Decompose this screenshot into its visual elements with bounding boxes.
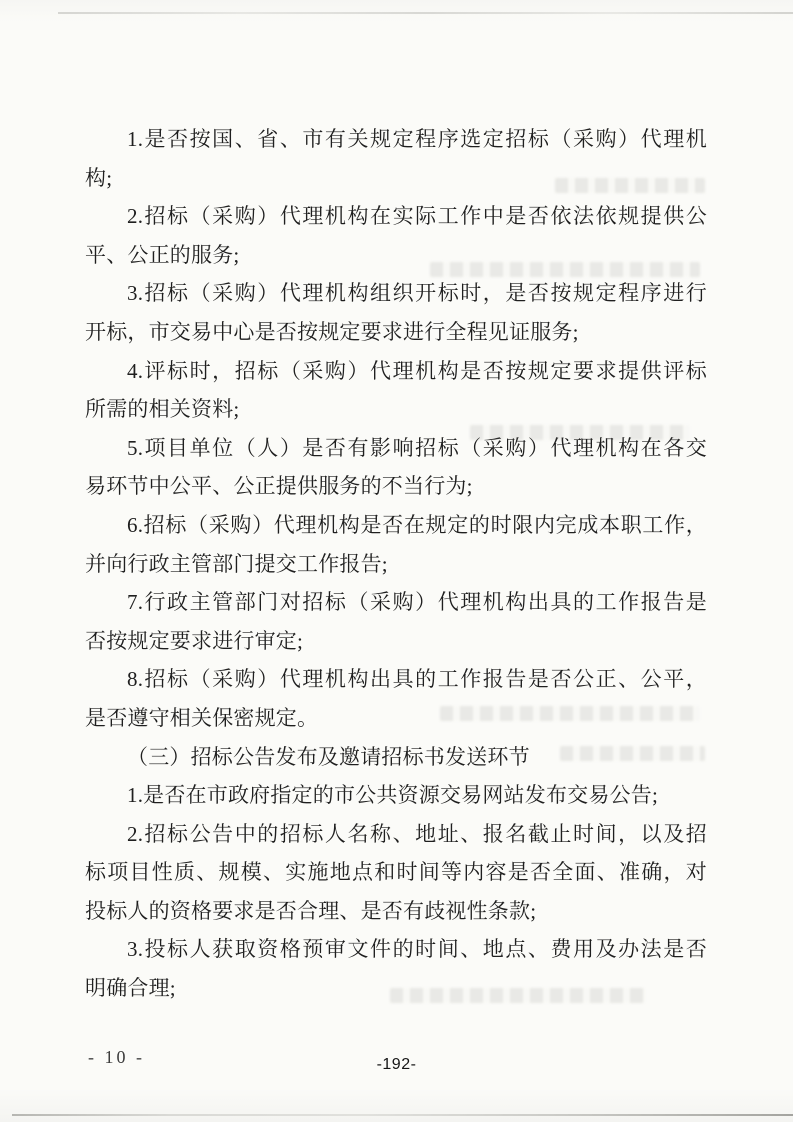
paragraph-section-3-item-1: 1.是否在市政府指定的市公共资源交易网站发布交易公告; (85, 776, 707, 815)
text-line: 2.招标（采购）代理机构在实际工作中是否依法依规提供公 (85, 197, 707, 236)
text-line: 6.招标（采购）代理机构是否在规定的时限内完成本职工作， (85, 506, 707, 545)
text-line: 3.投标人获取资格预审文件的时间、地点、费用及办法是否 (85, 930, 707, 969)
page-number-center: -192- (0, 1056, 793, 1074)
bleed-through-artifact (470, 425, 690, 440)
paragraph-section-3-item-2: 2.招标公告中的招标人名称、地址、报名截止时间，以及招标项目性质、规模、实施地点… (85, 815, 707, 931)
text-line: 8.招标（采购）代理机构出具的工作报告是否公正、公平， (85, 660, 707, 699)
text-line: 1.是否按国、省、市有关规定程序选定招标（采购）代理机 (85, 120, 707, 159)
document-body: 1.是否按国、省、市有关规定程序选定招标（采购）代理机构;2.招标（采购）代理机… (85, 120, 707, 1008)
text-line: 3.招标（采购）代理机构组织开标时，是否按规定程序进行 (85, 274, 707, 313)
text-line: 所需的相关资料; (85, 390, 707, 429)
scanner-edge-line-top (58, 12, 793, 14)
text-line: 开标，市交易中心是否按规定要求进行全程见证服务; (85, 313, 707, 352)
text-line: 1.是否在市政府指定的市公共资源交易网站发布交易公告; (85, 776, 707, 815)
paragraph-item-6: 6.招标（采购）代理机构是否在规定的时限内完成本职工作，并向行政主管部门提交工作… (85, 506, 707, 583)
text-line: 否按规定要求进行审定; (85, 622, 707, 661)
bleed-through-artifact (430, 262, 700, 277)
text-line: 投标人的资格要求是否合理、是否有歧视性条款; (85, 892, 707, 931)
text-line: 7.行政主管部门对招标（采购）代理机构出具的工作报告是 (85, 583, 707, 622)
text-line: 标项目性质、规模、实施地点和时间等内容是否全面、准确，对 (85, 853, 707, 892)
bleed-through-artifact (560, 746, 705, 761)
paragraph-item-7: 7.行政主管部门对招标（采购）代理机构出具的工作报告是否按规定要求进行审定; (85, 583, 707, 660)
scanner-edge-line-bottom (12, 1114, 793, 1116)
bleed-through-artifact (440, 706, 700, 721)
paragraph-item-3: 3.招标（采购）代理机构组织开标时，是否按规定程序进行开标，市交易中心是否按规定… (85, 274, 707, 351)
text-line: 4.评标时，招标（采购）代理机构是否按规定要求提供评标 (85, 352, 707, 391)
paragraph-item-4: 4.评标时，招标（采购）代理机构是否按规定要求提供评标所需的相关资料; (85, 352, 707, 429)
bleed-through-artifact (555, 178, 705, 193)
bleed-through-artifact (390, 988, 645, 1003)
scanned-document-page: 1.是否按国、省、市有关规定程序选定招标（采购）代理机构;2.招标（采购）代理机… (0, 0, 793, 1122)
text-line: 易环节中公平、公正提供服务的不当行为; (85, 467, 707, 506)
text-line: 并向行政主管部门提交工作报告; (85, 545, 707, 584)
paragraph-item-8: 8.招标（采购）代理机构出具的工作报告是否公正、公平，是否遵守相关保密规定。 (85, 660, 707, 737)
paragraph-item-5: 5.项目单位（人）是否有影响招标（采购）代理机构在各交易环节中公平、公正提供服务… (85, 429, 707, 506)
text-line: 2.招标公告中的招标人名称、地址、报名截止时间，以及招 (85, 815, 707, 854)
